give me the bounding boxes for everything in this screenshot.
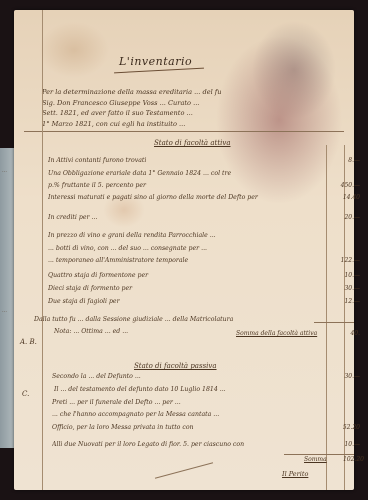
section-heading-active: Stato di facoltà attiva — [154, 139, 231, 147]
ledger-row: ... botti di vino, con ... del suo ... c… — [48, 245, 338, 255]
manuscript-page: L'inventario Per la determinazione della… — [14, 10, 354, 490]
ledger-row: Alli due Nuovati per il loro Legato di f… — [52, 441, 342, 451]
ledger-row: Dieci staja di formento per — [48, 285, 338, 295]
left-page-scribble: … — [2, 308, 7, 314]
ledger-amount: 20.— — [332, 214, 360, 221]
title-flourish — [114, 68, 204, 74]
ledger-amount: 12.— — [332, 298, 360, 305]
ledger-row: Il ... del testamento del defunto dato 1… — [54, 386, 344, 396]
sum-rule — [314, 322, 354, 323]
intro-line: Per la determinazione della massa eredit… — [42, 87, 342, 98]
ledger-amount: 10.— — [332, 441, 360, 448]
ledger-row: Preti ... per il funerale del Defto ... … — [52, 399, 342, 409]
margin-note: C. — [22, 390, 29, 398]
total-amount-active: 40. — [332, 330, 360, 337]
ledger-row: In prezzo di vino e grani della rendita … — [48, 232, 338, 242]
ledger-row: Officio, per la loro Messa privata in tu… — [52, 424, 342, 434]
ledger-amount: 52.20 — [332, 424, 360, 431]
ledger-row: Dalla tutto fu ... dalla Sessione giudiz… — [34, 316, 324, 326]
ledger-amount: 122.— — [332, 257, 360, 264]
document-title: L'inventario — [119, 55, 192, 68]
left-page-scribble: … — [2, 168, 7, 174]
margin-note: A. B. — [20, 338, 37, 346]
ledger-row: Quattro staja di formentone per — [48, 272, 338, 282]
ledger-row: Una Obbligazione erariale data 1° Gennai… — [48, 170, 338, 180]
total-amount-passive: 102.20 — [336, 456, 364, 463]
intro-line: 1° Marzo 1821, con cui egli ha instituit… — [42, 119, 342, 130]
margin-line — [42, 10, 43, 490]
total-label-passive: Somma — [304, 456, 327, 463]
ledger-amount: 10.— — [332, 272, 360, 279]
intro-line: Sett. 1821, ed aver fatto il suo Testame… — [42, 108, 342, 119]
ledger-row: Secondo la ... del Defunto ... — [52, 373, 342, 383]
total-label-active: Somma della facoltà attiva — [236, 330, 317, 337]
ledger-amount: 14.40 — [332, 194, 360, 201]
ledger-row: Interessi maturati e pagati sino al gior… — [48, 194, 338, 204]
ledger-row: ... temporaneo all'Amministratore tempor… — [48, 257, 338, 267]
closing-stroke — [155, 462, 213, 478]
ledger-row: Due staja di fagioli per — [48, 298, 338, 308]
ledger-row: In crediti per ... — [48, 214, 338, 224]
intro-paragraph: Per la determinazione della massa eredit… — [42, 87, 342, 129]
sum-rule — [284, 454, 354, 455]
ledger-row: ... che l'hanno accompagnato per la Mess… — [52, 411, 342, 421]
ledger-row: In Attivi contanti furono trovati — [48, 157, 338, 167]
ledger-amount: 30.— — [332, 285, 360, 292]
ledger-row: p.% fruttante il 5. percento per — [48, 182, 338, 192]
ledger-amount: 8.— — [332, 157, 360, 164]
ledger-amount: 30.— — [332, 373, 360, 380]
ledger-amount: 450.— — [332, 182, 360, 189]
divider — [24, 131, 344, 132]
section-heading-passive: Stato di facoltà passiva — [134, 362, 217, 370]
signature: Il Perito — [282, 470, 308, 478]
intro-line: Sig. Don Francesco Giuseppe Voss ... Cur… — [42, 98, 342, 109]
